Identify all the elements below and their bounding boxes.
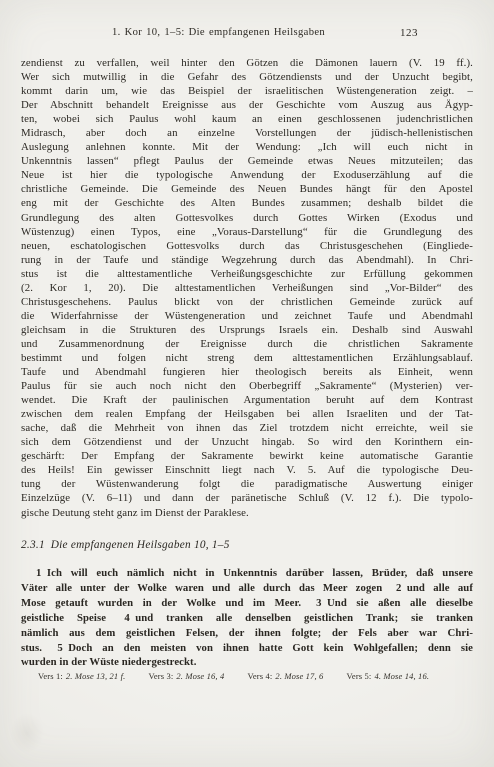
footnote-item: Vers 5:4. Mose 14, 16. [347, 671, 430, 681]
text-line: des Heils! Ein gewisser Einschnitt liegt… [21, 463, 473, 477]
section-heading: 2.3.1 Die empfangenen Heilsgaben 10, 1–5 [21, 539, 473, 551]
text-line: die Widerfahrnisse der Wüstengeneration … [21, 309, 473, 323]
footnote-label: Vers 4: [248, 671, 273, 681]
footnote-label: Vers 5: [347, 671, 372, 681]
text-line: gleichsam in die Strukturen des Ursprung… [21, 323, 473, 337]
footnote-ref: 4. Mose 14, 16. [374, 671, 429, 681]
footnote-item: Vers 4:2. Mose 17, 6 [248, 671, 324, 681]
text-line: sich dem Götzendienst und der Unzucht hi… [21, 435, 473, 449]
text-line: zwischen dem realen Empfang der Heilsgab… [21, 407, 473, 421]
text-line: gische Deutung steht ganz im Dienst der … [21, 506, 473, 520]
text-line: Christusgeschehens. Paulus blickt von de… [21, 295, 473, 309]
text-line: Mose getauft wurden in der Wolke und im … [21, 596, 473, 611]
page-number: 123 [400, 27, 418, 39]
text-line: Grundlegung des alten Gottesvolkes durch… [21, 211, 473, 225]
text-line: tung der Wüstenwanderung folgt die parad… [21, 477, 473, 491]
text-line: zendienst zu verfallen, weil hinter den … [21, 56, 473, 70]
running-header: 1. Kor 10, 1–5: Die empfangenen Heilsgab… [21, 27, 473, 41]
text-line: ten, wobei sich Paulus wohl kaum an eine… [21, 112, 473, 126]
footnote-item: Vers 3:2. Mose 16, 4 [148, 671, 224, 681]
footnote-ref: 2. Mose 16, 4 [176, 671, 224, 681]
text-line: stus. 5 Doch an den meisten von ihnen ha… [21, 641, 473, 656]
text-line: Auslegung anlehnen konnte. Mit der Wendu… [21, 140, 473, 154]
text-line: Midrasch, aber doch an einzelne Vorstell… [21, 126, 473, 140]
text-line: Einzelzüge (V. 6–11) und dann der paräne… [21, 491, 473, 505]
text-line: Der Abschnitt behandelt Ereignisse aus d… [21, 98, 473, 112]
footnote-label: Vers 1: [38, 671, 63, 681]
text-line: kommt darin um, wie das Beispiel der isr… [21, 84, 473, 98]
text-line: Wer sich mutwillig in die Gefahr des Göt… [21, 70, 473, 84]
text-line: Neue ist hier die typologische Anwendung… [21, 168, 473, 182]
text-line: stus ist die alttestamentliche Verheißun… [21, 267, 473, 281]
text-line: Väter alle unter der Wolke waren und all… [21, 581, 473, 596]
text-line: sache, daß die Mehrheit von ihnen das Zi… [21, 421, 473, 435]
text-line: rung in der Taufe und ständige Wegzehrun… [21, 253, 473, 267]
text-line: Taufe und Abendmahl fungieren hier theol… [21, 365, 473, 379]
text-line: wendet. Die Kraft der paulinischen Argum… [21, 393, 473, 407]
text-line: neuen, eschatologischen Gottesvolks durc… [21, 239, 473, 253]
text-line: geschärft: Der Empfang der Sakramente be… [21, 449, 473, 463]
footnote-ref: 2. Mose 13, 21 f. [66, 671, 125, 681]
text-line: christliche Gemeinde. Die Gemeinde des N… [21, 182, 473, 196]
text-line: geistliche Speise 4 und tranken alle den… [21, 611, 473, 626]
text-line: wurden in der Wüste niedergestreckt. [21, 655, 473, 670]
text-line: eng mit der Geschichte des Alten Bundes … [21, 196, 473, 210]
text-line: und Zusammenordnung der Ereignisse durch… [21, 337, 473, 351]
intro-paragraph: zendienst zu verfallen, weil hinter den … [21, 56, 473, 520]
text-line: (2. Kor 1, 20). Die alttestamentlichen V… [21, 281, 473, 295]
text-line: Paulus für sie auch noch nicht den Oberb… [21, 379, 473, 393]
verse-footnotes: Vers 1:2. Mose 13, 21 f. Vers 3:2. Mose … [38, 671, 473, 681]
text-line: Unkenntnis lassen“ pflegt Paulus der Gem… [21, 154, 473, 168]
text-line: Wüstenzug) einen Typos, eine „Voraus-Dar… [21, 225, 473, 239]
text-line: 1 Ich will euch nämlich nicht in Unkennt… [21, 566, 473, 581]
translation-paragraph: 1 Ich will euch nämlich nicht in Unkennt… [21, 566, 473, 670]
book-page: 1. Kor 10, 1–5: Die empfangenen Heilsgab… [0, 0, 494, 767]
footnote-item: Vers 1:2. Mose 13, 21 f. [38, 671, 125, 681]
footnote-ref: 2. Mose 17, 6 [275, 671, 323, 681]
text-line: bestimmt und folgen nicht streng dem alt… [21, 351, 473, 365]
footnote-label: Vers 3: [148, 671, 173, 681]
text-line: nämlich aus dem geistlichen Felsen, der … [21, 626, 473, 641]
